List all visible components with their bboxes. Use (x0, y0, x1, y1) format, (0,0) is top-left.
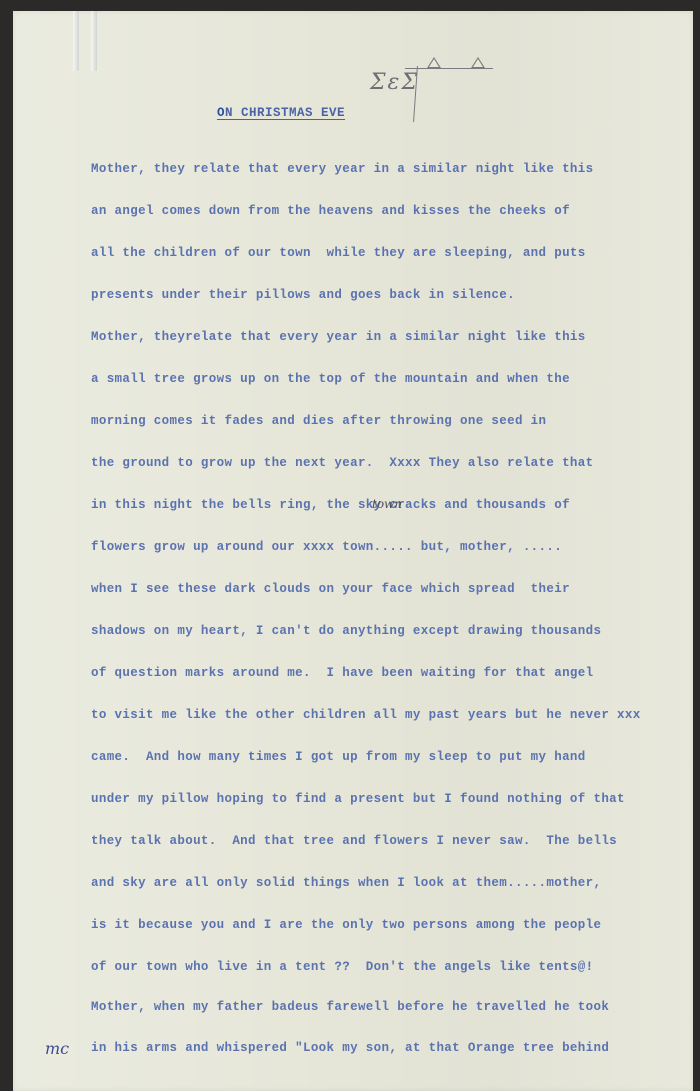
text-line: they talk about. And that tree and flowe… (91, 834, 617, 848)
triangle-mark-icon (471, 57, 485, 68)
text-line: morning comes it fades and dies after th… (91, 414, 546, 428)
text-line: under my pillow hoping to find a present… (91, 792, 625, 806)
text-line: the ground to grow up the next year. Xxx… (91, 456, 593, 470)
text-line: flowers grow up around our xxxx town....… (91, 540, 562, 554)
pencil-annotation: ΣεΣ (370, 70, 419, 95)
triangle-mark-icon (427, 57, 441, 68)
text-line: came. And how many times I got up from m… (91, 750, 586, 764)
pencil-line (405, 68, 493, 69)
title-first-letter: O (217, 106, 225, 120)
text-line: presents under their pillows and goes ba… (91, 288, 515, 302)
text-line: shadows on my heart, I can't do anything… (91, 624, 601, 638)
document-title: ON CHRISTMAS EVE (217, 106, 345, 120)
margin-note: mc (45, 1039, 69, 1058)
text-line: when I see these dark clouds on your fac… (91, 582, 570, 596)
text-line: of our town who live in a tent ?? Don't … (91, 960, 593, 974)
text-line: to visit me like the other children all … (91, 708, 641, 722)
paper-crease (73, 11, 79, 71)
text-line: in his arms and whispered "Look my son, … (91, 1041, 609, 1055)
text-line: in this night the bells ring, the sky cr… (91, 498, 570, 512)
text-line: Mother, they relate that every year in a… (91, 162, 593, 176)
text-line: an angel comes down from the heavens and… (91, 204, 570, 218)
paper-crease (91, 11, 97, 71)
text-line: Mother, when my father badeus farewell b… (91, 1000, 609, 1014)
text-line: of question marks around me. I have been… (91, 666, 593, 680)
handwritten-correction: town (372, 497, 402, 511)
text-line: is it because you and I are the only two… (91, 918, 601, 932)
text-line: Mother, theyrelate that every year in a … (91, 330, 586, 344)
text-line: all the children of our town while they … (91, 246, 586, 260)
text-line: and sky are all only solid things when I… (91, 876, 601, 890)
text-line: a small tree grows up on the top of the … (91, 372, 570, 386)
title-rest: N CHRISTMAS EVE (225, 106, 345, 120)
